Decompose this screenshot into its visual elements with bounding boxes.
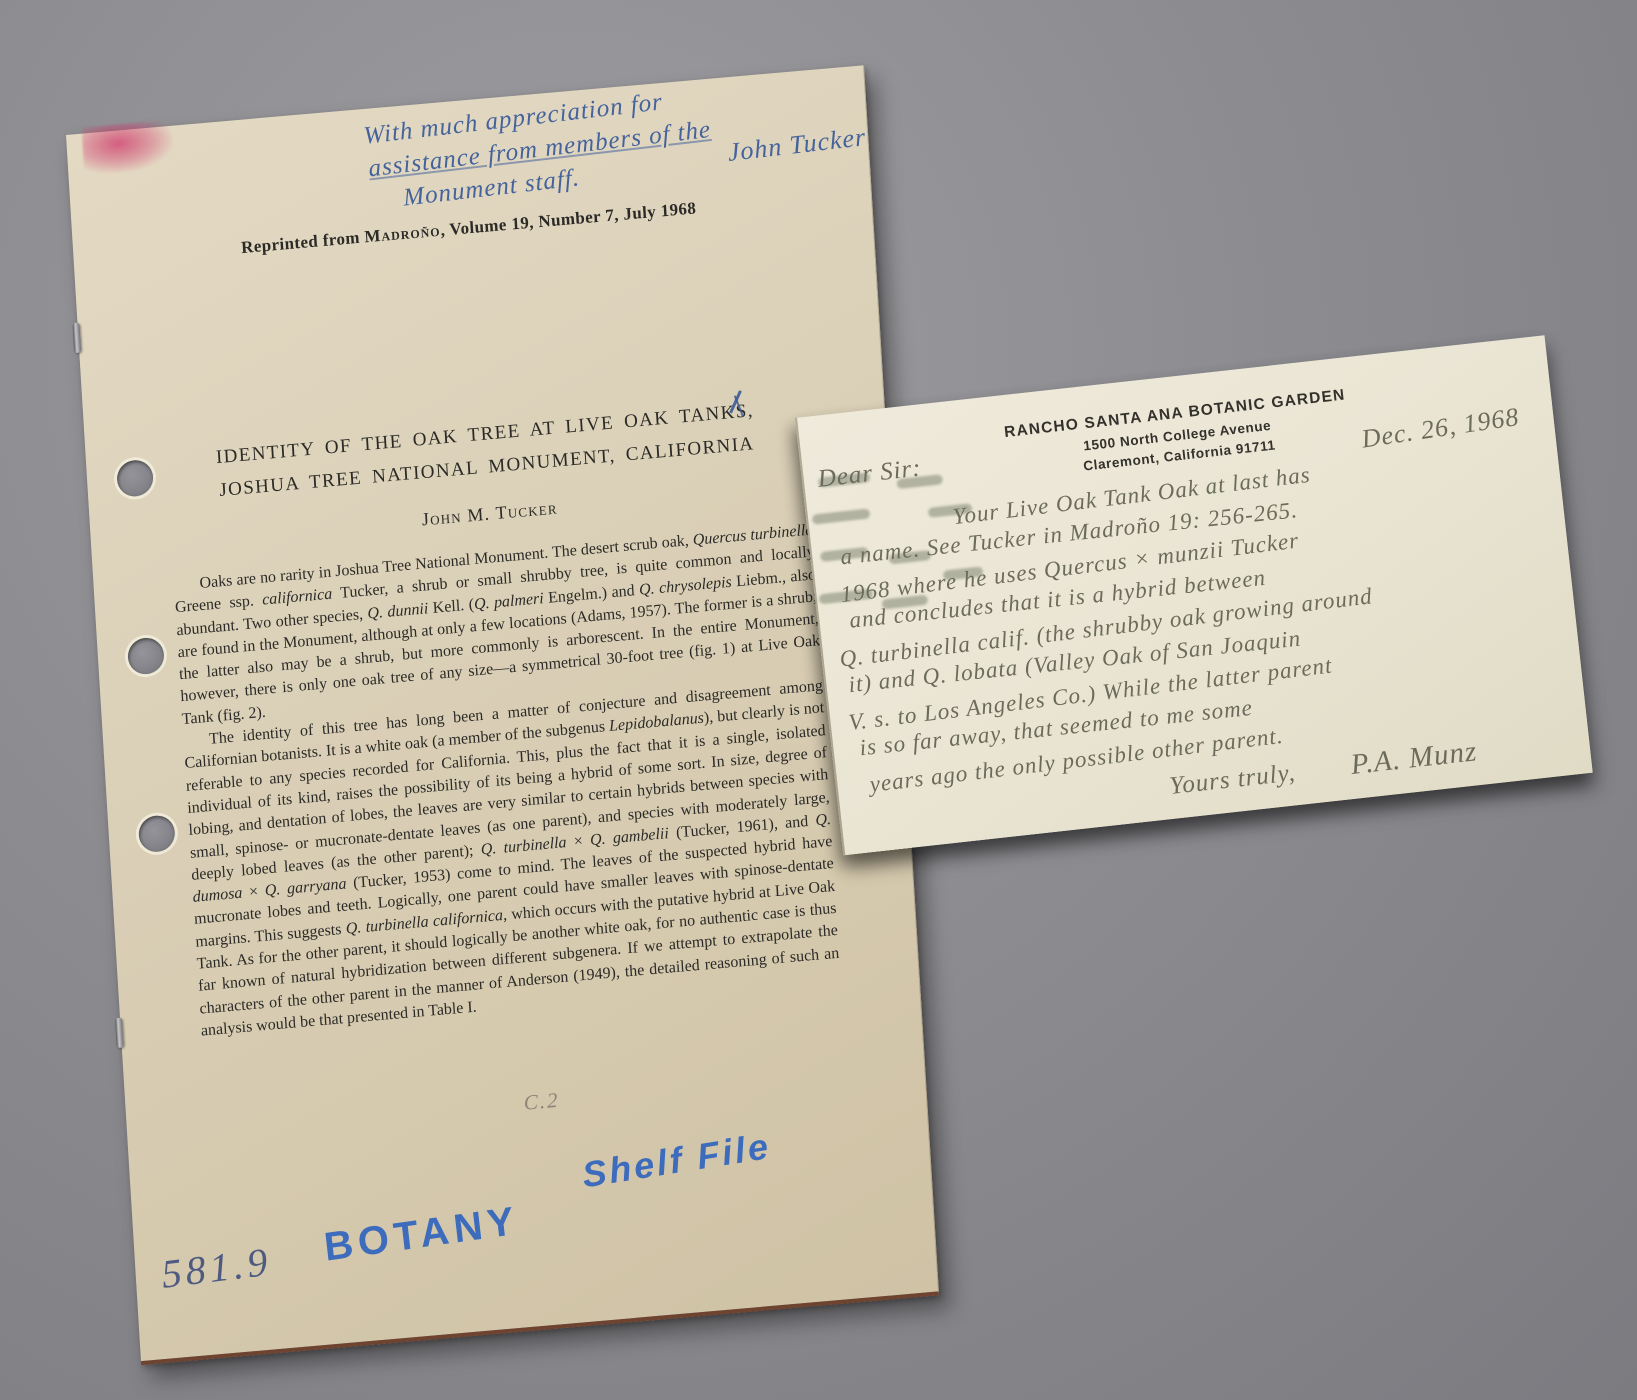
paragraph-2: The identity of this tree has long been … [183,675,842,1043]
pink-ink-stain [82,120,175,176]
staple [115,1017,124,1048]
reprint-source-line: Reprinted from Madroño, Volume 19, Numbe… [241,198,697,258]
article-body-text: Oaks are no rarity in Joshua Tree Nation… [173,519,841,1042]
punch-hole [116,459,154,498]
shelf-file-label: Shelf File [580,1125,774,1196]
struck-out-letter: S [735,395,749,429]
photo-of-documents: With much appreciation for assistance fr… [0,0,1637,1400]
punch-hole [127,636,165,675]
staple [73,323,82,354]
closing-text: Yours truly, [1168,759,1297,800]
journal-name: Madroño [364,221,441,247]
call-number: 581.9 [160,1238,274,1298]
pencil-copy-mark: C.2 [523,1088,560,1116]
reprint-pre: Reprinted from [241,227,365,257]
handwritten-inscription: With much appreciation for assistance fr… [362,64,854,218]
article-reprint-document: With much appreciation for assistance fr… [66,65,939,1365]
punch-hole [138,814,176,853]
postcard-letter: RANCHO SANTA ANA BOTANIC GARDEN 1500 Nor… [795,335,1593,855]
category-label: BOTANY [322,1199,521,1271]
